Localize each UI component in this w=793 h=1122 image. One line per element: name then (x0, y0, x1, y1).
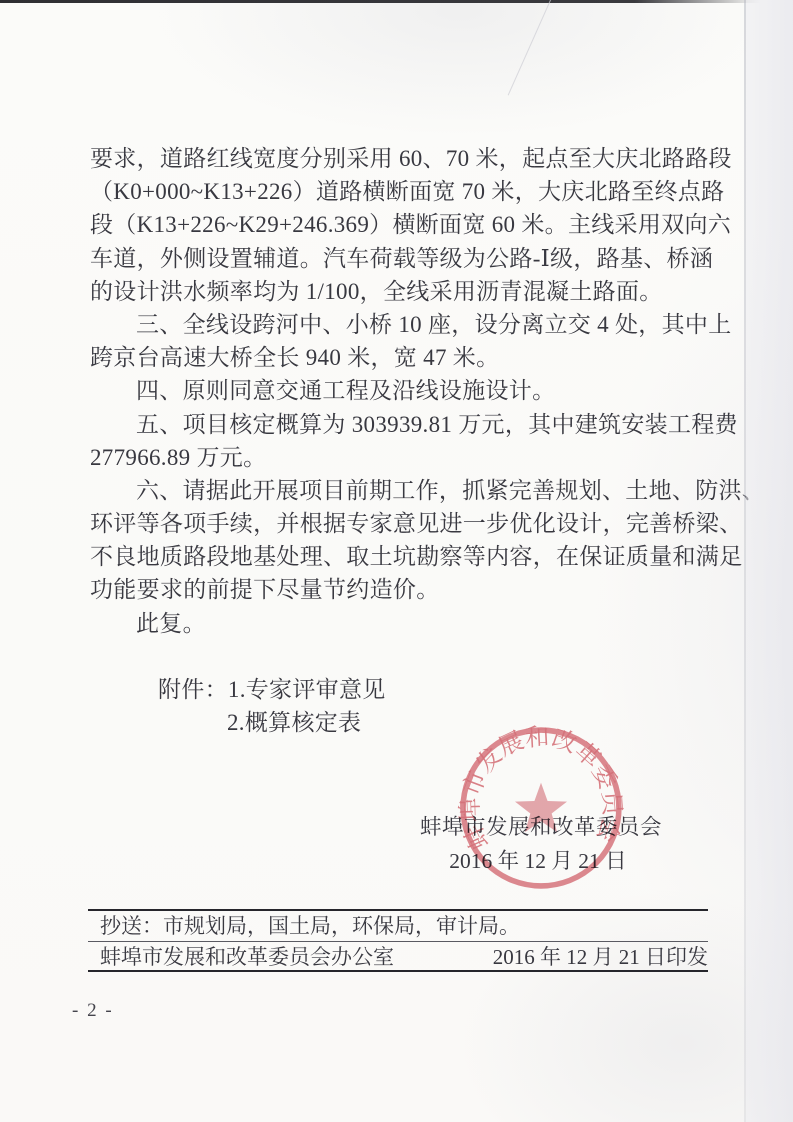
body-line: 六、请据此开展项目前期工作，抓紧完善规划、土地、防洪、 (90, 474, 712, 507)
body-line: 环评等各项手续，并根据专家意见进一步优化设计，完善桥梁、 (90, 507, 712, 540)
document-body: 要求，道路红线宽度分别采用 60、70 米，起点至大庆北路路段 （K0+000~… (90, 142, 712, 739)
body-line: 四、原则同意交通工程及沿线设施设计。 (90, 374, 712, 407)
footer-office-row: 蚌埠市发展和改革委员会办公室 2016 年 12 月 21 日印发 (88, 945, 708, 970)
body-line: 五、项目核定概算为 303939.81 万元，其中建筑安装工程费 (90, 408, 712, 441)
issuing-office: 蚌埠市发展和改革委员会办公室 (100, 945, 394, 970)
body-line: 277966.89 万元。 (90, 441, 712, 474)
scan-top-edge (0, 0, 793, 3)
attachment-line: 附件：1.专家评审意见 (90, 673, 712, 706)
body-line: 车道，外侧设置辅道。汽车荷载等级为公路-Ⅰ级，路基、桥涵 (90, 242, 712, 275)
print-date: 2016 年 12 月 21 日印发 (493, 945, 708, 970)
page-number: - 2 - (72, 1000, 114, 1022)
body-line: 此复。 (90, 607, 712, 640)
body-line: 要求，道路红线宽度分别采用 60、70 米，起点至大庆北路路段 (90, 142, 712, 175)
body-line: 三、全线设跨河中、小桥 10 座，设分离立交 4 处，其中上 (90, 308, 712, 341)
body-line: 不良地质路段地基处理、取土坑勘察等内容，在保证质量和满足 (90, 540, 712, 573)
scanned-document-page: 要求，道路红线宽度分别采用 60、70 米，起点至大庆北路路段 （K0+000~… (0, 0, 793, 1122)
cc-line: 抄送：市规划局，国土局，环保局，审计局。 (100, 913, 708, 940)
scan-right-band (746, 0, 793, 1122)
footer-divider-bottom (88, 970, 708, 972)
body-line: （K0+000~K13+226）道路横断面宽 70 米，大庆北路至终点路 (90, 175, 712, 208)
official-seal: 蚌埠市发展和改革委员会 (455, 722, 627, 894)
body-line: 段（K13+226~K29+246.369）横断面宽 60 米。主线采用双向六 (90, 208, 712, 241)
body-line: 跨京台高速大桥全长 940 米，宽 47 米。 (90, 341, 712, 374)
crease-mark (508, 0, 554, 95)
footer-divider-middle (88, 941, 708, 942)
body-line: 功能要求的前提下尽量节约造价。 (90, 573, 712, 606)
footer-divider-top (88, 909, 708, 911)
body-line-blank (90, 640, 712, 673)
body-line: 的设计洪水频率均为 1/100，全线采用沥青混凝土路面。 (90, 275, 712, 308)
seal-star-icon (515, 783, 567, 832)
